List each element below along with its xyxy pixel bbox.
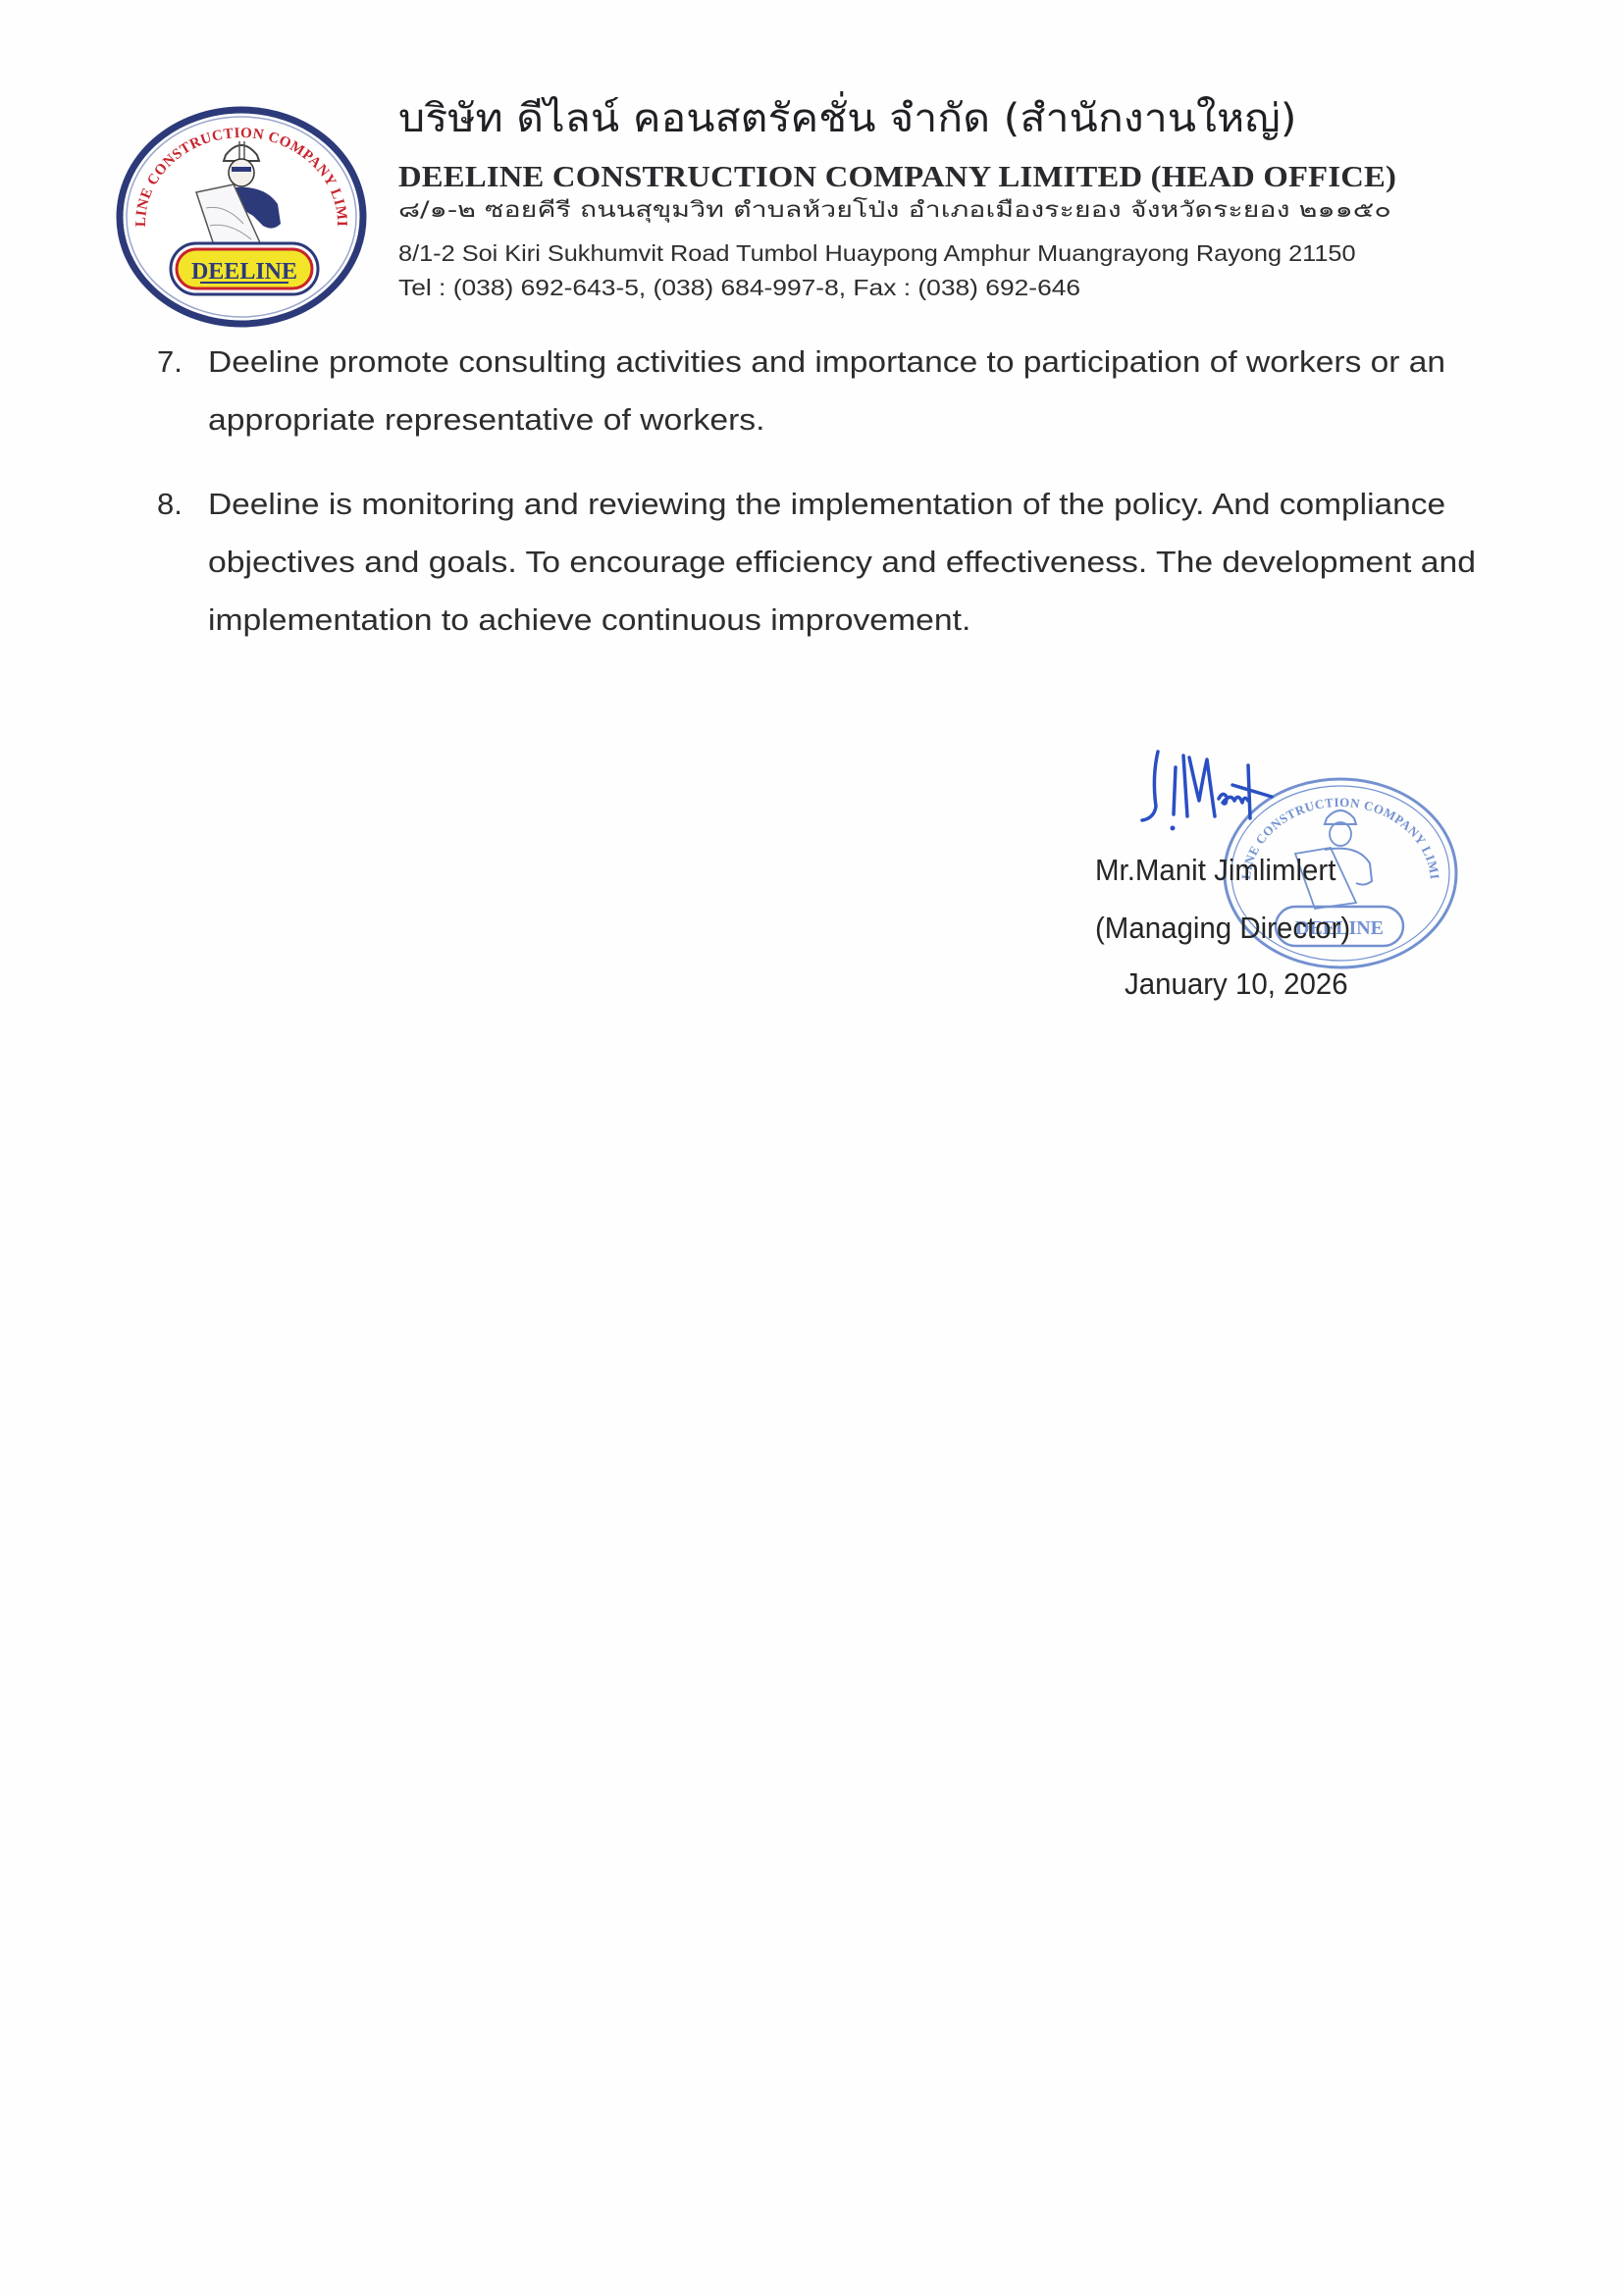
document-date: January 10, 2026: [1125, 966, 1348, 1002]
item-number: 7.: [157, 344, 183, 380]
signatory-name: Mr.Manit Jimlimlert: [1095, 853, 1335, 888]
signature-icon: [1128, 738, 1285, 836]
document-page: DEELINE CONSTRUCTION COMPANY LIMITED DEE…: [0, 0, 1623, 2296]
company-name-thai: บริษัท ดีไลน์ คอนสตรัคชั่น จำกัด (สำนักง…: [398, 94, 1296, 143]
svg-text:DEELINE: DEELINE: [191, 259, 297, 285]
contact-numbers: Tel : (038) 692-643-5, (038) 684-997-8, …: [398, 274, 1080, 301]
item-text-line: Deeline is monitoring and reviewing the …: [208, 487, 1445, 522]
item-text-line: objectives and goals. To encourage effic…: [208, 545, 1476, 580]
item-text-line: implementation to achieve continuous imp…: [208, 602, 970, 638]
company-logo-icon: DEELINE CONSTRUCTION COMPANY LIMITED DEE…: [116, 106, 367, 328]
address-thai: ๘/๑-๒ ซอยคีรี ถนนสุขุมวิท ตำบลห้วยโป่ง อ…: [398, 196, 1391, 226]
signatory-title: (Managing Director): [1095, 911, 1350, 946]
item-text-line: appropriate representative of workers.: [208, 402, 765, 438]
item-number: 8.: [157, 487, 183, 522]
company-name-english: DEELINE CONSTRUCTION COMPANY LIMITED (HE…: [398, 159, 1396, 194]
address-english: 8/1-2 Soi Kiri Sukhumvit Road Tumbol Hua…: [398, 239, 1356, 267]
item-text-line: Deeline promote consulting activities an…: [208, 344, 1445, 380]
